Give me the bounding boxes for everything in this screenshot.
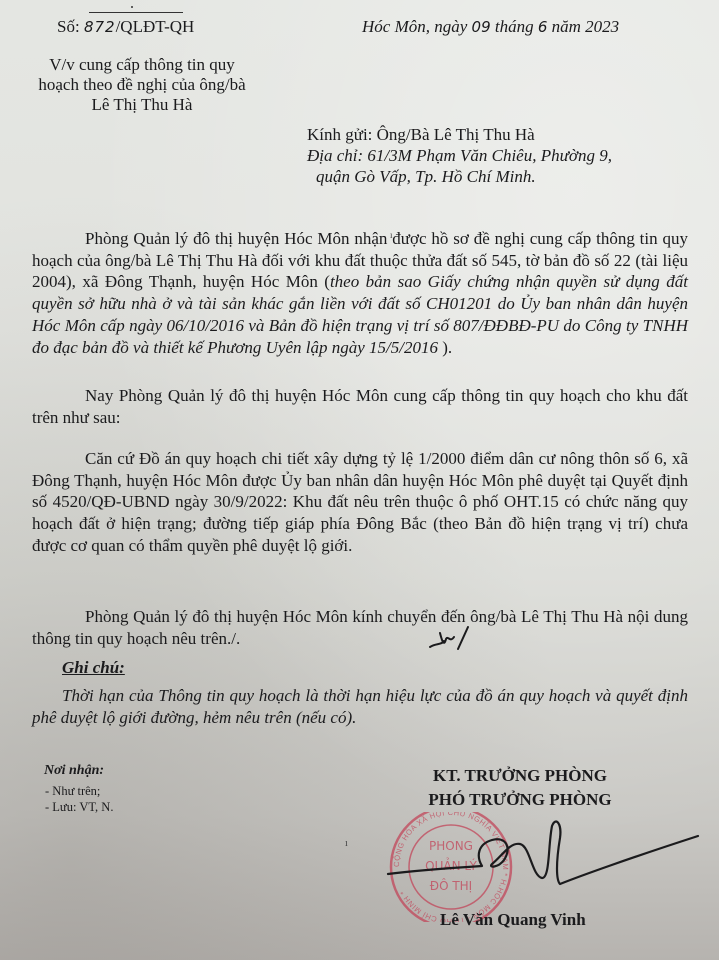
signature-title: KT. TRƯỞNG PHÒNG PHÓ TRƯỞNG PHÒNG xyxy=(370,764,670,812)
note-title: Ghi chú: xyxy=(62,658,125,678)
subject-line: Lê Thị Thu Hà xyxy=(22,95,262,115)
signature-title-line1: KT. TRƯỞNG PHÒNG xyxy=(370,764,670,788)
date-prefix: Hóc Môn, ngày xyxy=(362,17,472,36)
document-number: Số: 872/QLĐT-QH xyxy=(57,17,194,37)
paragraph4-text: Phòng Quản lý đô thị huyện Hóc Môn kính … xyxy=(32,606,688,649)
note-text: Thời hạn của Thông tin quy hoạch là thời… xyxy=(32,685,688,729)
recipient-address-line1: Địa chỉ: 61/3M Phạm Văn Chiêu, Phường 9, xyxy=(307,145,612,166)
initials-mark-icon xyxy=(428,625,488,655)
signature-scribble-icon xyxy=(380,816,700,896)
subject-line: V/v cung cấp thông tin quy xyxy=(22,55,262,75)
scan-mark: ı xyxy=(345,838,348,849)
date-day: 09 xyxy=(472,18,491,36)
number-label: Số: xyxy=(57,17,80,36)
number-suffix: /QLĐT-QH xyxy=(116,17,195,36)
document-date: Hóc Môn, ngày 09 tháng 6 năm 2023 xyxy=(362,17,619,37)
date-year: năm 2023 xyxy=(547,17,619,36)
signature-title-line2: PHÓ TRƯỞNG PHÒNG xyxy=(370,788,670,812)
paragraph-provide: Nay Phòng Quản lý đô thị huyện Hóc Môn c… xyxy=(32,385,688,428)
note-body: Thời hạn của Thông tin quy hoạch là thời… xyxy=(32,685,688,729)
subject-line: hoạch theo đề nghị của ông/bà xyxy=(22,75,262,95)
header-rule xyxy=(89,12,183,13)
recipient-greeting: Kính gửi: Ông/Bà Lê Thị Thu Hà xyxy=(307,124,612,145)
recipient-address-line2: quận Gò Vấp, Tp. Hồ Chí Minh. xyxy=(307,166,612,187)
paragraph2-text: Nay Phòng Quản lý đô thị huyện Hóc Môn c… xyxy=(32,385,688,428)
paragraph-basis: Căn cứ Đồ án quy hoạch chi tiết xây dựng… xyxy=(32,448,688,557)
recipient-block: Kính gửi: Ông/Bà Lê Thị Thu Hà Địa chỉ: … xyxy=(307,124,612,187)
paragraph1-end: ). xyxy=(438,338,452,357)
header-dot xyxy=(131,6,133,8)
recipients-list: - Như trên; - Lưu: VT, N. xyxy=(45,783,113,815)
number-handwritten: 872 xyxy=(84,18,116,36)
paragraph-forward: Phòng Quản lý đô thị huyện Hóc Môn kính … xyxy=(32,606,688,649)
recipients-item: - Lưu: VT, N. xyxy=(45,799,113,815)
recipients-title: Nơi nhận: xyxy=(44,763,104,779)
signer-name: Lê Văn Quang Vinh xyxy=(440,910,586,930)
paragraph-request: Phòng Quản lý đô thị huyện Hóc Môn nhận … xyxy=(32,228,688,358)
date-month-label: tháng xyxy=(495,17,538,36)
paragraph3-text: Căn cứ Đồ án quy hoạch chi tiết xây dựng… xyxy=(32,448,688,557)
recipients-item: - Như trên; xyxy=(45,783,113,799)
subject: V/v cung cấp thông tin quy hoạch theo đề… xyxy=(22,55,262,115)
date-month: 6 xyxy=(538,18,548,36)
